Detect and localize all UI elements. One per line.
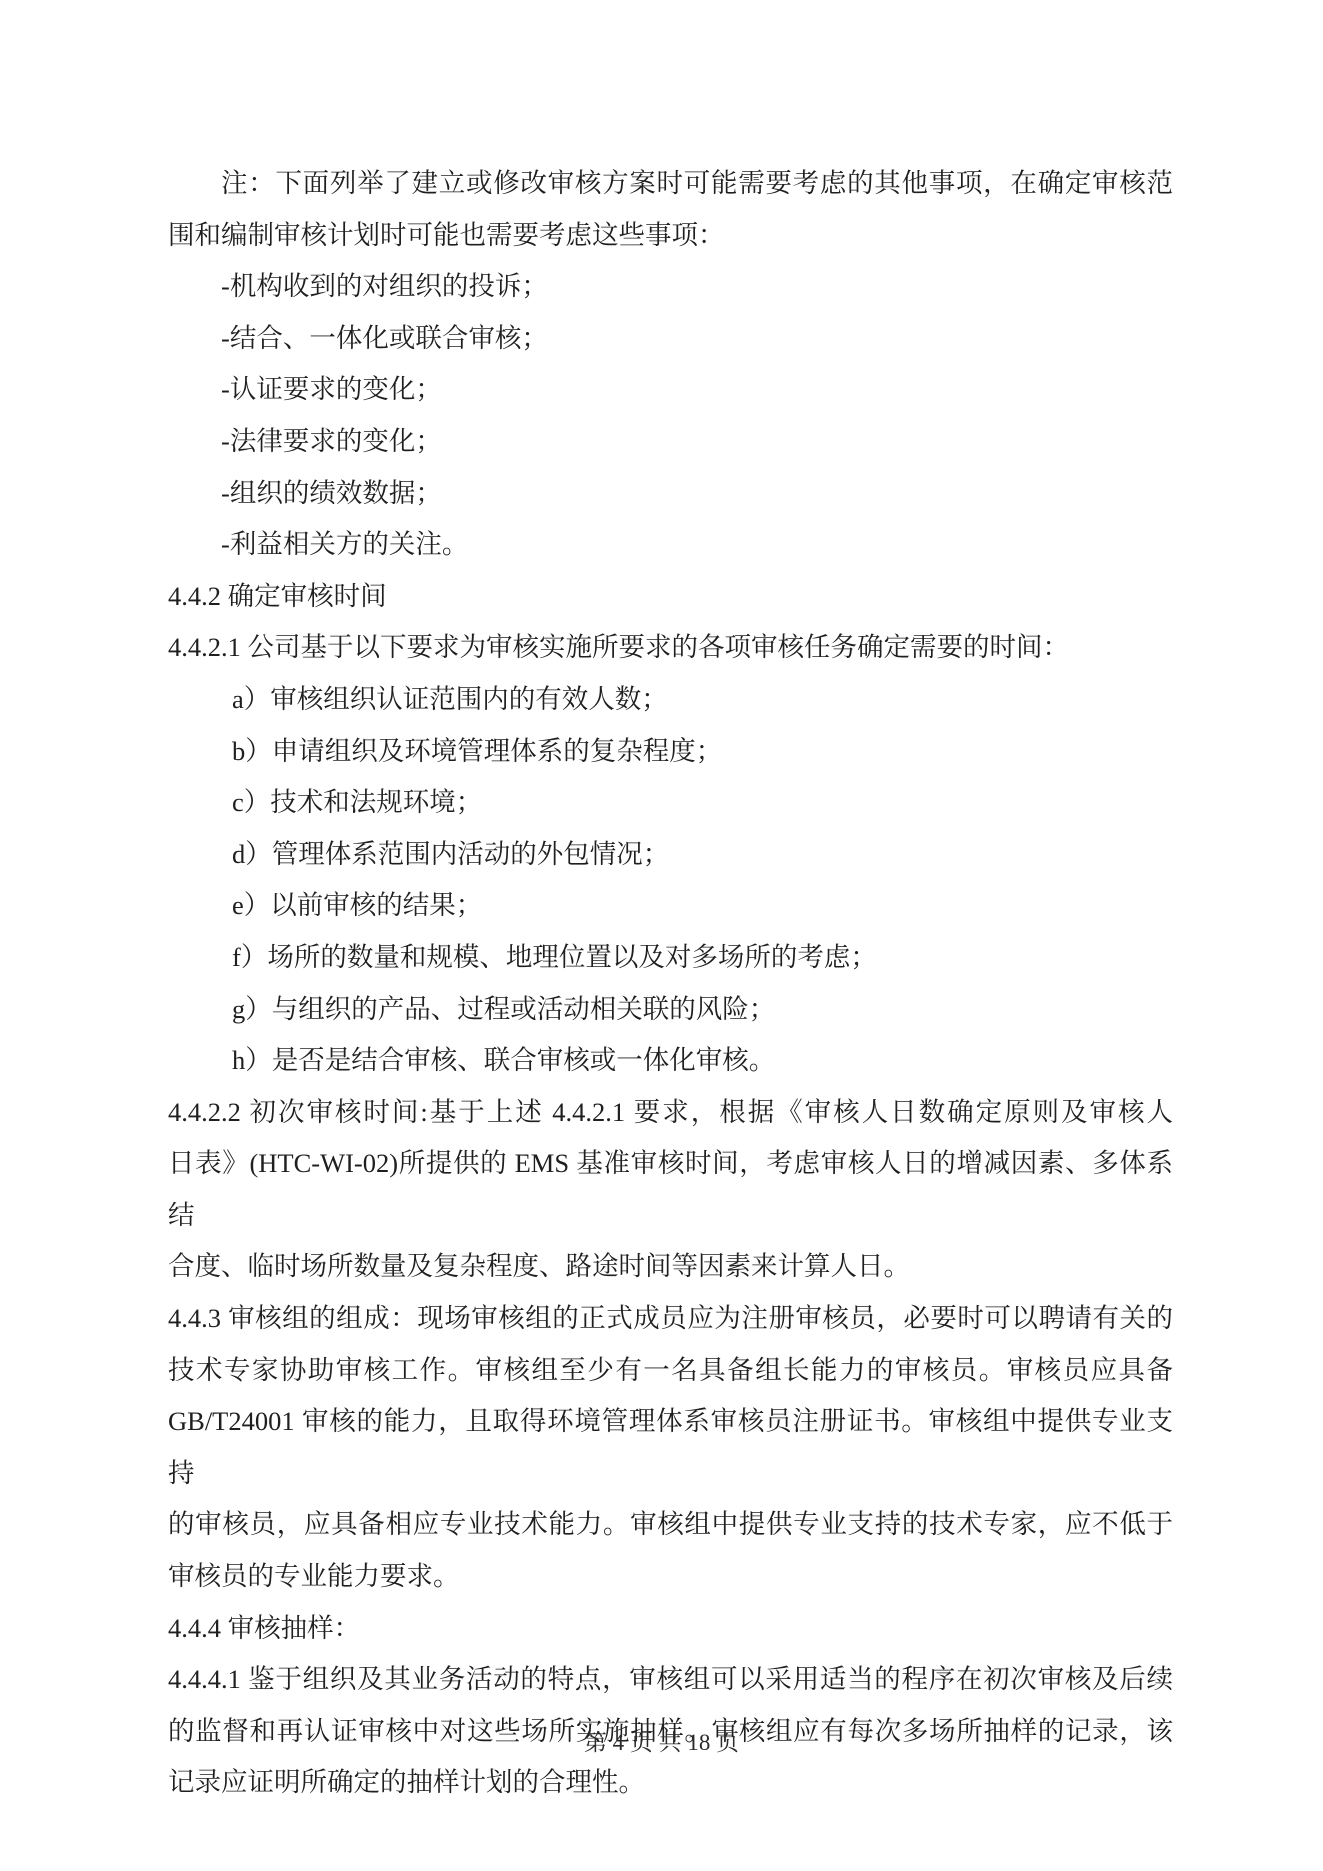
text-line: 4.4.3 审核组的组成：现场审核组的正式成员应为注册审核员，必要时可以聘请有关… (168, 1293, 1173, 1345)
text-line: 4.4.4.1 鉴于组织及其业务活动的特点，审核组可以采用适当的程序在初次审核及… (168, 1654, 1173, 1706)
text-line: 技术专家协助审核工作。审核组至少有一名具备组长能力的审核员。审核员应具备 (168, 1345, 1173, 1397)
text-line: GB/T24001 审核的能力，且取得环境管理体系审核员注册证书。审核组中提供专… (168, 1396, 1173, 1499)
text-line: g）与组织的产品、过程或活动相关联的风险； (168, 984, 1173, 1036)
document-page: 注：下面列举了建立或修改审核方案时可能需要考虑的其他事项，在确定审核范围和编制审… (0, 0, 1323, 1871)
text-line: h）是否是结合审核、联合审核或一体化审核。 (168, 1035, 1173, 1087)
text-line: 合度、临时场所数量及复杂程度、路途时间等因素来计算人日。 (168, 1241, 1173, 1293)
text-line: 4.4.2.2 初次审核时间:基于上述 4.4.2.1 要求，根据《审核人日数确… (168, 1087, 1173, 1139)
text-line: 注：下面列举了建立或修改审核方案时可能需要考虑的其他事项，在确定审核范 (168, 158, 1173, 210)
document-body: 注：下面列举了建立或修改审核方案时可能需要考虑的其他事项，在确定审核范围和编制审… (168, 158, 1173, 1809)
text-line: 4.4.4 审核抽样： (168, 1603, 1173, 1655)
text-line: -法律要求的变化； (168, 416, 1173, 468)
text-line: e）以前审核的结果； (168, 880, 1173, 932)
text-line: 4.4.2.1 公司基于以下要求为审核实施所要求的各项审核任务确定需要的时间： (168, 622, 1173, 674)
text-line: 记录应证明所确定的抽样计划的合理性。 (168, 1757, 1173, 1809)
text-line: d）管理体系范围内活动的外包情况； (168, 829, 1173, 881)
text-line: -组织的绩效数据； (168, 468, 1173, 520)
text-line: 审核员的专业能力要求。 (168, 1551, 1173, 1603)
text-line: f）场所的数量和规模、地理位置以及对多场所的考虑； (168, 932, 1173, 984)
text-line: 围和编制审核计划时可能也需要考虑这些事项： (168, 210, 1173, 262)
text-line: b）申请组织及环境管理体系的复杂程度； (168, 726, 1173, 778)
text-line: 的审核员，应具备相应专业技术能力。审核组中提供专业支持的技术专家，应不低于 (168, 1499, 1173, 1551)
text-line: c）技术和法规环境； (168, 777, 1173, 829)
text-line: -认证要求的变化； (168, 364, 1173, 416)
text-line: -机构收到的对组织的投诉； (168, 261, 1173, 313)
text-line: a）审核组织认证范围内的有效人数； (168, 674, 1173, 726)
page-number-indicator: 第 4 页 共 18 页 (584, 1730, 739, 1755)
text-line: 4.4.2 确定审核时间 (168, 571, 1173, 623)
text-line: -利益相关方的关注。 (168, 519, 1173, 571)
text-line: 日表》(HTC-WI-02)所提供的 EMS 基准审核时间，考虑审核人日的增减因… (168, 1138, 1173, 1241)
page-footer: 第 4 页 共 18 页 (0, 1730, 1323, 1756)
text-line: -结合、一体化或联合审核； (168, 313, 1173, 365)
